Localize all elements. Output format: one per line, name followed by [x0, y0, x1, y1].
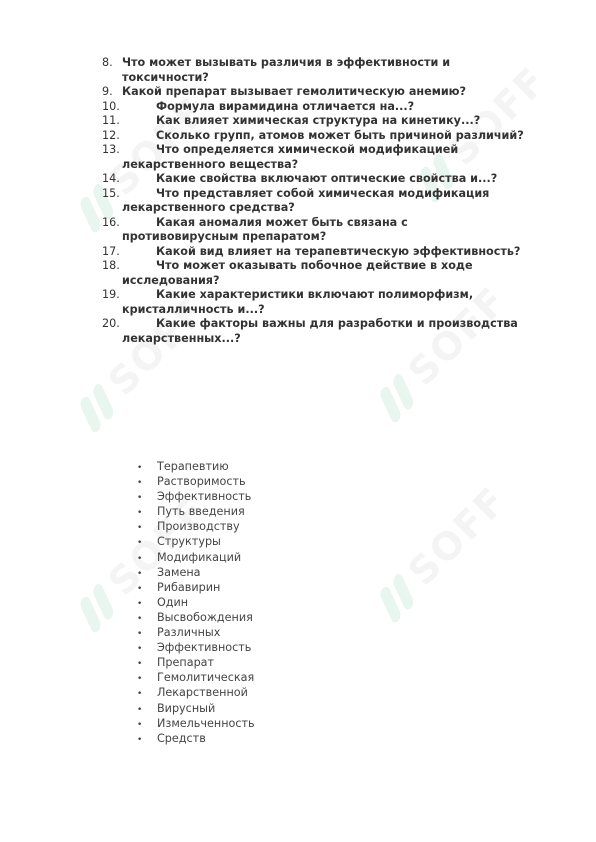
- bullet-icon: •: [137, 567, 157, 581]
- question-number: 19.: [102, 288, 156, 303]
- question-item: 18.Что может оказывать побочное действие…: [102, 259, 562, 288]
- answer-text: Эффективность: [157, 641, 251, 654]
- answer-text: Высвобождения: [157, 611, 253, 624]
- answer-item: •Замена: [137, 566, 255, 581]
- bullet-icon: •: [137, 461, 157, 475]
- answer-text: Препарат: [157, 656, 214, 669]
- answer-text: Гемолитическая: [157, 671, 254, 684]
- answer-text: Измельченность: [157, 717, 255, 730]
- question-number: 8.: [102, 56, 122, 71]
- question-text: Какие характеристики включают полиморфиз…: [156, 288, 473, 301]
- bullet-icon: •: [137, 718, 157, 732]
- question-number: 11.: [102, 114, 156, 129]
- answer-item: •Измельченность: [137, 717, 255, 732]
- question-number: 14.: [102, 172, 156, 187]
- answer-item: •Модификаций: [137, 551, 255, 566]
- question-text-continued: токсичности?: [102, 71, 562, 86]
- question-item: 9.Какой препарат вызывает гемолитическую…: [102, 85, 562, 100]
- answer-item: •Производству: [137, 520, 255, 535]
- question-text-continued: противовирусным препаратом?: [102, 230, 562, 245]
- question-item: 14.Какие свойства включают оптические св…: [102, 172, 562, 187]
- answer-item: •Путь введения: [137, 505, 255, 520]
- question-number: 13.: [102, 143, 156, 158]
- answer-text: Растворимость: [157, 475, 246, 488]
- answer-item: •Лекарственной: [137, 686, 255, 701]
- answer-item: •Вирусный: [137, 702, 255, 717]
- question-number: 12.: [102, 129, 156, 144]
- bullet-icon: •: [137, 672, 157, 686]
- answer-text: Лекарственной: [157, 686, 248, 699]
- bullet-icon: •: [137, 703, 157, 717]
- question-text: Что определяется химической модификацией: [156, 143, 458, 156]
- question-number: 18.: [102, 259, 156, 274]
- bullet-icon: •: [137, 597, 157, 611]
- question-text: Что может вызывать различия в эффективно…: [122, 56, 450, 69]
- answer-text: Путь введения: [157, 505, 245, 518]
- answer-item: •Препарат: [137, 656, 255, 671]
- bullet-icon: •: [137, 627, 157, 641]
- question-number: 15.: [102, 187, 156, 202]
- bullet-icon: •: [137, 642, 157, 656]
- question-text-continued: лекарственного вещества?: [102, 158, 562, 173]
- answer-item: •Эффективность: [137, 490, 255, 505]
- answer-item: •Эффективность: [137, 641, 255, 656]
- soff-logo-icon: [71, 581, 123, 633]
- question-number: 16.: [102, 216, 156, 231]
- question-item: 19.Какие характеристики включают полимор…: [102, 288, 562, 317]
- answer-text: Рибавирин: [157, 581, 220, 594]
- question-text: Как влияет химическая структура на кинет…: [156, 114, 480, 127]
- answer-text: Терапевтию: [157, 460, 229, 473]
- question-item: 10.Формула вирамидина отличается на...?: [102, 100, 562, 115]
- answer-item: •Структуры: [137, 535, 255, 550]
- bullet-icon: •: [137, 657, 157, 671]
- answer-item: •Растворимость: [137, 475, 255, 490]
- answer-list: •Терапевтию•Растворимость•Эффективность•…: [137, 460, 255, 747]
- bullet-icon: •: [137, 491, 157, 505]
- question-item: 20.Какие факторы важны для разработки и …: [102, 317, 562, 346]
- question-list: 8.Что может вызывать различия в эффектив…: [102, 56, 562, 346]
- question-text-continued: кристалличность и...?: [102, 303, 562, 318]
- question-text: Какой вид влияет на терапевтическую эффе…: [156, 245, 520, 258]
- question-text-continued: лекарственного средства?: [102, 201, 562, 216]
- answer-item: •Гемолитическая: [137, 671, 255, 686]
- bullet-icon: •: [137, 536, 157, 550]
- soff-logo-icon: [371, 571, 423, 623]
- question-text: Что может оказывать побочное действие в …: [156, 259, 473, 272]
- answer-item: •Один: [137, 596, 255, 611]
- question-text: Формула вирамидина отличается на...?: [156, 100, 414, 113]
- answer-item: •Терапевтию: [137, 460, 255, 475]
- watermark-text: SOFF: [400, 478, 516, 594]
- question-number: 17.: [102, 245, 156, 260]
- question-item: 15.Что представляет собой химическая мод…: [102, 187, 562, 216]
- question-text: Какой препарат вызывает гемолитическую а…: [122, 85, 466, 98]
- bullet-icon: •: [137, 552, 157, 566]
- question-text: Сколько групп, атомов может быть причино…: [156, 129, 524, 142]
- answer-text: Средств: [157, 732, 206, 745]
- soff-logo-icon: [71, 381, 123, 433]
- watermark-logo: SOFF: [359, 474, 522, 637]
- question-number: 20.: [102, 317, 156, 332]
- bullet-icon: •: [137, 687, 157, 701]
- bullet-icon: •: [137, 733, 157, 747]
- bullet-icon: •: [137, 612, 157, 626]
- answer-text: Вирусный: [157, 702, 215, 715]
- answer-item: •Рибавирин: [137, 581, 255, 596]
- question-number: 9.: [102, 85, 122, 100]
- answer-text: Эффективность: [157, 490, 251, 503]
- bullet-icon: •: [137, 506, 157, 520]
- answer-text: Структуры: [157, 535, 221, 548]
- question-text-continued: лекарственных...?: [102, 332, 562, 347]
- answer-item: •Различных: [137, 626, 255, 641]
- question-item: 12.Сколько групп, атомов может быть прич…: [102, 129, 562, 144]
- question-text: Какая аномалия может быть связана с: [156, 216, 408, 229]
- soff-logo-icon: [371, 371, 423, 423]
- question-text: Что представляет собой химическая модифи…: [156, 187, 489, 200]
- question-item: 11.Как влияет химическая структура на ки…: [102, 114, 562, 129]
- bullet-icon: •: [137, 521, 157, 535]
- question-number: 10.: [102, 100, 156, 115]
- answer-text: Замена: [157, 566, 201, 579]
- question-item: 17.Какой вид влияет на терапевтическую э…: [102, 245, 562, 260]
- answer-item: •Высвобождения: [137, 611, 255, 626]
- answer-text: Различных: [157, 626, 220, 639]
- question-text-continued: исследования?: [102, 274, 562, 289]
- question-item: 16.Какая аномалия может быть связана спр…: [102, 216, 562, 245]
- answer-item: •Средств: [137, 732, 255, 747]
- question-text: Какие факторы важны для разработки и про…: [156, 317, 518, 330]
- answer-text: Модификаций: [157, 551, 241, 564]
- answer-text: Один: [157, 596, 188, 609]
- question-text: Какие свойства включают оптические свойс…: [156, 172, 497, 185]
- answer-text: Производству: [157, 520, 240, 533]
- bullet-icon: •: [137, 476, 157, 490]
- bullet-icon: •: [137, 582, 157, 596]
- question-item: 8.Что может вызывать различия в эффектив…: [102, 56, 562, 85]
- question-item: 13.Что определяется химической модификац…: [102, 143, 562, 172]
